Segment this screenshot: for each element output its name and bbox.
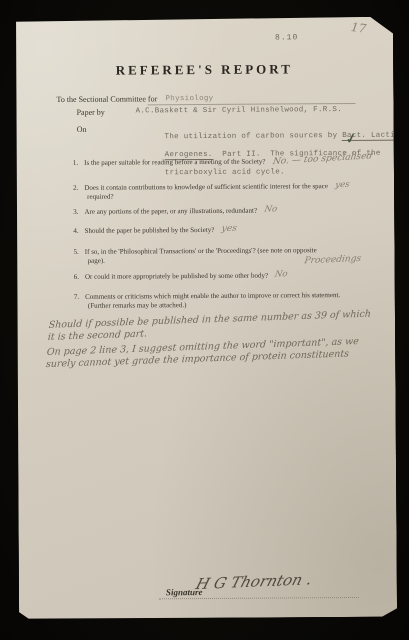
paper-title-line1: The utilization of carbon sources by xyxy=(165,132,343,141)
on-label: On xyxy=(77,125,87,134)
question-4: 4.Should the paper be published by the S… xyxy=(73,225,378,236)
paper-by-label: Paper by xyxy=(77,108,105,117)
question-6: 6.Or could it more appropriately be publ… xyxy=(74,271,379,282)
question-6-number: 6. xyxy=(74,273,79,281)
question-4-number: 4. xyxy=(73,227,78,235)
question-7-number: 7. xyxy=(74,293,79,301)
question-2: 2.Does it contain contributions to knowl… xyxy=(73,182,378,201)
signature-handwriting: H G Thornton . xyxy=(194,570,315,593)
question-1-number: 1. xyxy=(73,159,78,167)
question-2-answer: yes xyxy=(334,181,350,190)
question-6-answer: No xyxy=(274,270,288,279)
question-2-number: 2. xyxy=(73,184,78,192)
form-ref-number: 8.10 xyxy=(275,33,298,42)
question-3-text: Are any portions of the paper, or any il… xyxy=(84,207,257,216)
question-7-text: Comments or criticisms which might enabl… xyxy=(85,291,340,301)
question-5-answer: Proceedings xyxy=(304,254,362,266)
question-2-text-line2: required? xyxy=(87,190,378,201)
question-4-text: Should the paper be published by the Soc… xyxy=(85,226,215,235)
committee-value: Physiology xyxy=(165,95,213,104)
referee-report-page: 8.10 17 REFEREE'S REPORT To the Sectiona… xyxy=(15,17,397,620)
handwritten-comments: Should if possible be published in the s… xyxy=(45,308,393,371)
question-3: 3.Are any portions of the paper, or any … xyxy=(73,206,378,217)
paper-title-line3: tricarboxylic acid cycle. xyxy=(165,168,285,177)
question-7-text-line2: (Further remarks may be attached.) xyxy=(88,299,379,310)
question-6-text: Or could it more appropriately be publis… xyxy=(85,272,268,281)
question-1-text: Is the paper suitable for reading before… xyxy=(84,158,265,167)
question-3-number: 3. xyxy=(73,208,78,216)
question-3-answer: No xyxy=(263,205,277,214)
signature-line xyxy=(159,597,359,599)
question-7: 7.Comments or criticisms which might ena… xyxy=(74,291,379,310)
paper-by-value: A.C.Baskett & Sir Cyril Hinshelwood, F.R… xyxy=(136,106,342,116)
question-2-text: Does it contain contributions to knowled… xyxy=(84,182,328,192)
photo-background: 8.10 17 REFEREE'S REPORT To the Sectiona… xyxy=(0,0,409,640)
page-corner-number: 17 xyxy=(350,20,367,36)
question-5-text: If so, in the 'Philosophical Transaction… xyxy=(85,246,317,256)
question-4-answer: yes xyxy=(221,225,238,234)
question-5-number: 5. xyxy=(74,248,79,256)
committee-label: To the Sectional Committee for xyxy=(56,94,157,104)
form-title: REFEREE'S REPORT xyxy=(15,61,393,80)
